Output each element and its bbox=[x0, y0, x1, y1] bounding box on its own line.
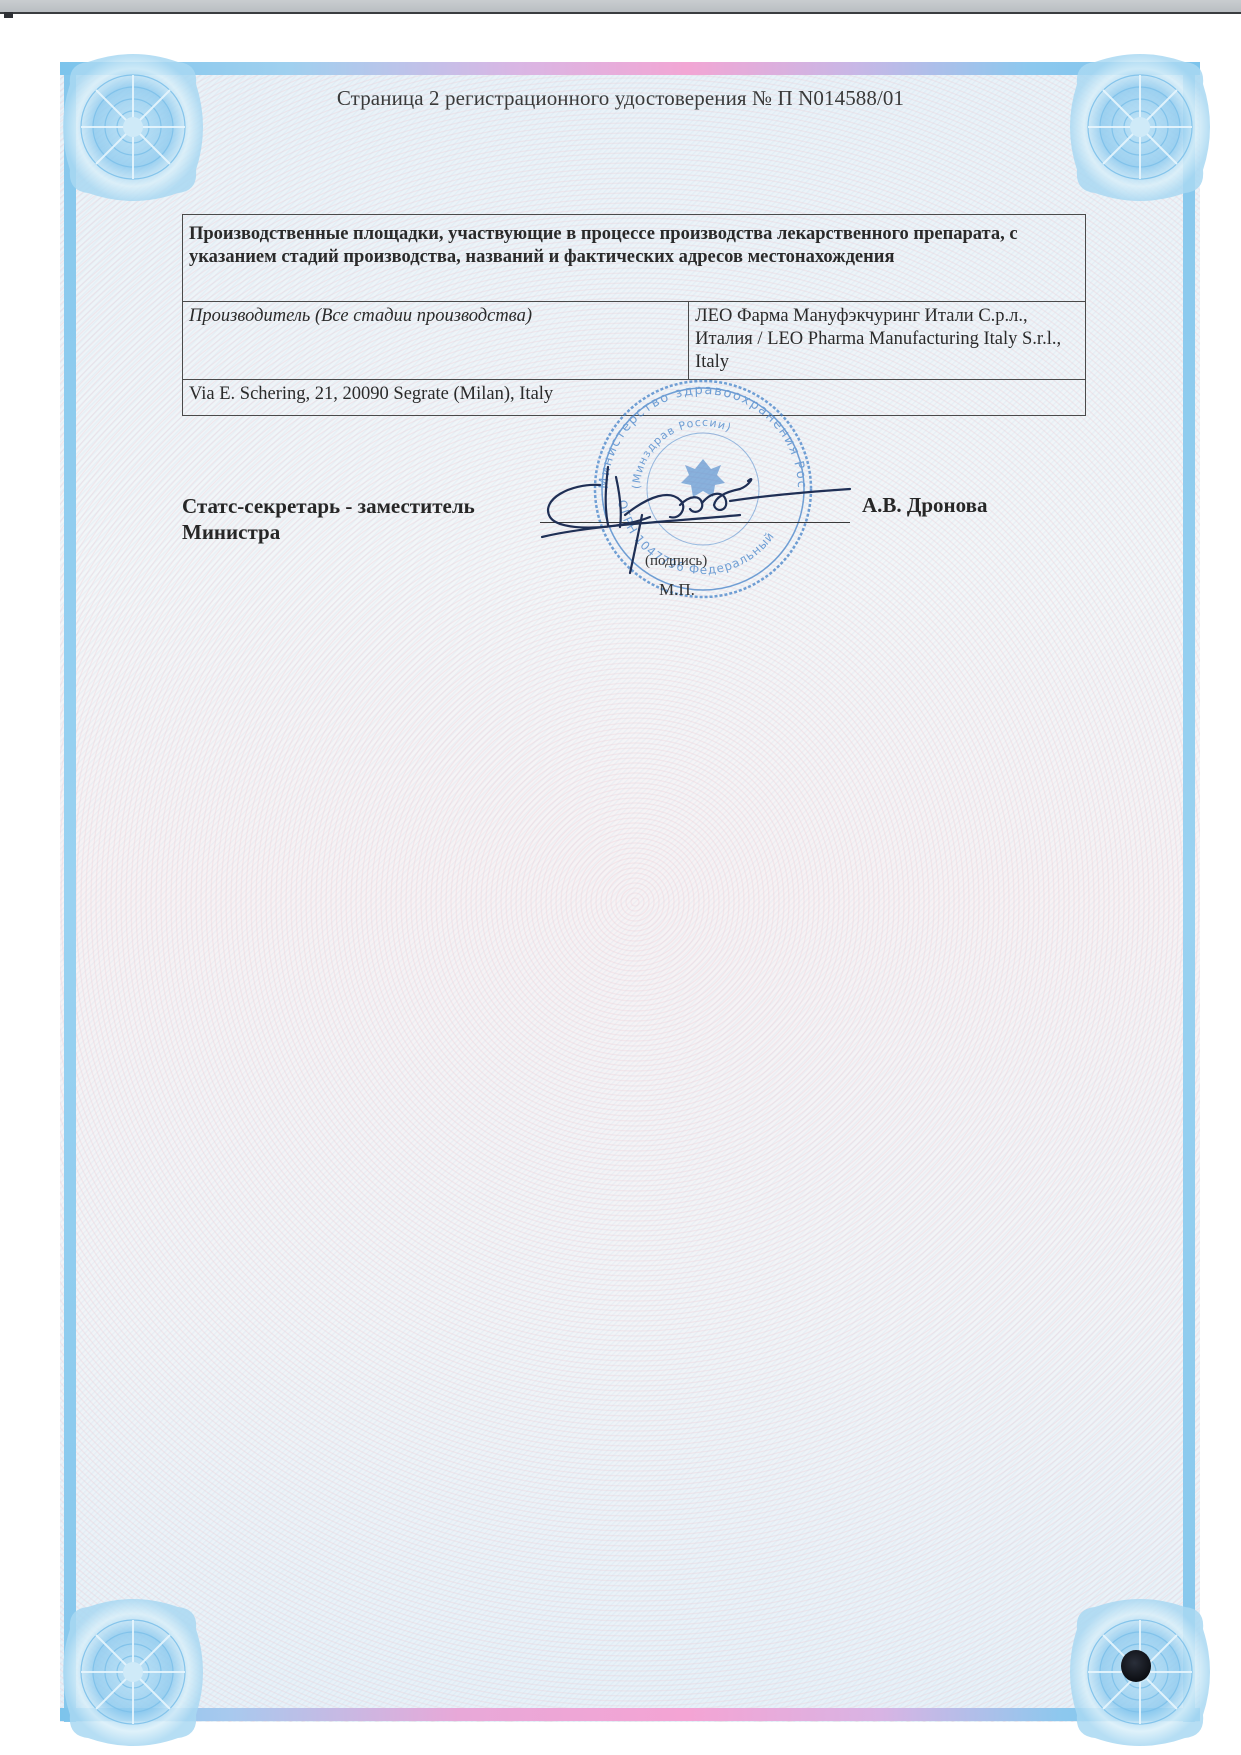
table-heading-cell: Производственные площадки, участвующие в… bbox=[183, 215, 1086, 302]
signer-title-line2: Министра bbox=[182, 519, 475, 545]
table-row: Производитель (Все стадии производства) … bbox=[183, 302, 1086, 380]
signer-title-line1: Статс-секретарь - заместитель bbox=[182, 493, 475, 519]
scanner-mark bbox=[4, 12, 13, 18]
frame-right-border bbox=[1183, 62, 1195, 1722]
frame-top-border bbox=[60, 62, 1200, 75]
signer-title: Статс-секретарь - заместитель Министра bbox=[182, 493, 475, 545]
page-header: Страница 2 регистрационного удостоверени… bbox=[0, 86, 1241, 111]
signature-caption: (подпись) bbox=[645, 553, 707, 570]
frame-left-border bbox=[64, 62, 76, 1722]
corner-rosette-icon bbox=[58, 50, 208, 205]
manufacturer-name-cell: ЛЕО Фарма Мануфэкчуринг Итали С.р.л., Ит… bbox=[689, 302, 1086, 380]
corner-rosette-icon bbox=[1065, 50, 1215, 205]
production-role-cell: Производитель (Все стадии производства) bbox=[183, 302, 689, 380]
signer-name: А.В. Дронова bbox=[862, 493, 987, 518]
corner-rosette-icon bbox=[58, 1595, 208, 1750]
table-heading-row: Производственные площадки, участвующие в… bbox=[183, 215, 1086, 302]
punch-hole-mark bbox=[1121, 1650, 1151, 1682]
scanner-edge-strip bbox=[0, 0, 1241, 14]
stamp-place-caption: М.П. bbox=[659, 580, 695, 600]
frame-bottom-border bbox=[60, 1708, 1200, 1721]
